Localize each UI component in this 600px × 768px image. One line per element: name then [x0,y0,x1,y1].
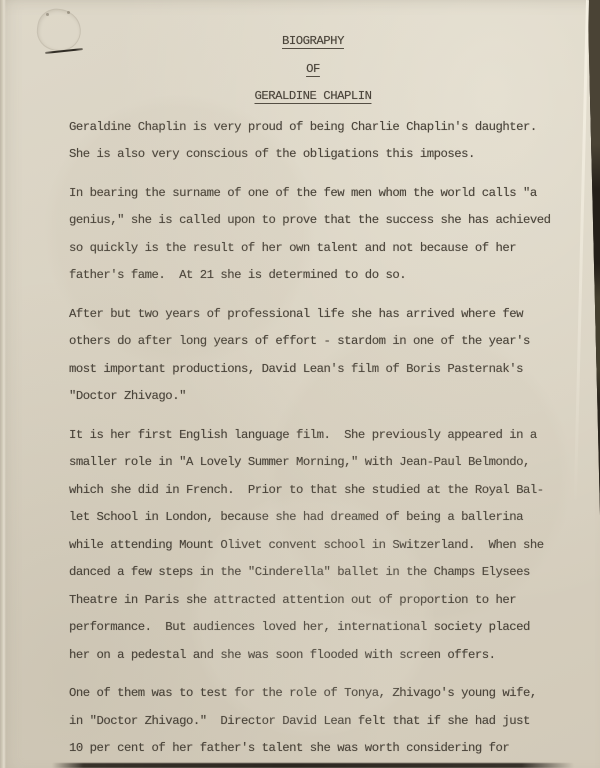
photo-background-edge [586,0,600,515]
stamp-dot [67,11,70,14]
paragraph-3: After but two years of professional life… [69,301,557,411]
paper-left-edge [0,0,6,768]
paragraph-1: Geraldine Chaplin is very proud of being… [69,114,557,169]
paragraph-4: It is her first English language film. S… [69,422,557,670]
paper-edge-highlight [574,0,589,505]
stamp-dot [46,13,49,16]
document-body: BIOGRAPHY OF GERALDINE CHAPLIN Geraldine… [69,28,557,763]
paragraph-5: One of them was to test for the role of … [69,680,557,763]
document-title-line-2: OF [69,56,557,84]
paragraph-2: In bearing the surname of one of the few… [69,180,557,290]
document-title-line-3: GERALDINE CHAPLIN [69,83,557,111]
scanned-page: BIOGRAPHY OF GERALDINE CHAPLIN Geraldine… [0,0,600,768]
document-title-line-1: BIOGRAPHY [69,28,557,56]
paper-bottom-shadow [52,763,574,768]
